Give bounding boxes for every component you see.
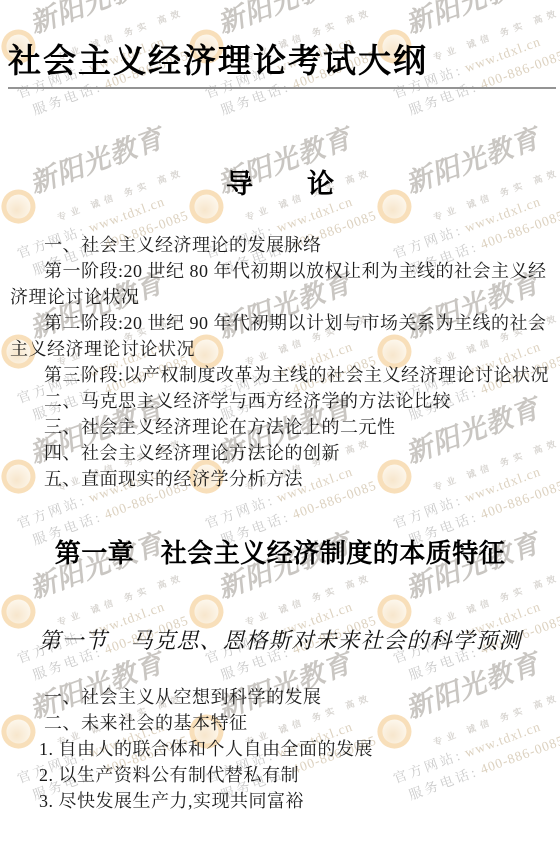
document-content: 社会主义经济理论考试大纲 导 论 一、社会主义经济理论的发展脉络第一阶段:20 … bbox=[0, 0, 560, 852]
intro-heading: 导 论 bbox=[0, 162, 560, 201]
outline-line: 三、社会主义经济理论在方法论上的二元性 bbox=[10, 414, 554, 440]
outline-line: 四、社会主义经济理论方法论的创新 bbox=[10, 440, 554, 466]
outline-line: 二、马克思主义经济学与西方经济学的方法论比较 bbox=[10, 388, 554, 414]
document-page: 新阳光教育 专业 诚信 务实 高效 官方网站: www.tdxl.cn 服务电话… bbox=[0, 0, 560, 852]
section-1-heading: 第一节 马克思、恩格斯对未来社会的科学预测 bbox=[0, 624, 560, 655]
outline-line: 2. 以生产资料公有制代替私有制 bbox=[10, 762, 554, 788]
outline-line: 二、未来社会的基本特征 bbox=[10, 710, 554, 736]
outline-line: 1. 自由人的联合体和个人自由全面的发展 bbox=[10, 736, 554, 762]
outline-line: 第二阶段:20 世纪 90 年代初期以计划与市场关系为主线的社会 bbox=[10, 310, 554, 336]
outline-line: 第三阶段:以产权制度改革为主线的社会主义经济理论讨论状况 bbox=[10, 362, 554, 388]
chapter-1-heading: 第一章 社会主义经济制度的本质特征 bbox=[0, 533, 560, 570]
outline-line: 五、直面现实的经济学分析方法 bbox=[10, 466, 554, 492]
outline-line: 一、社会主义经济理论的发展脉络 bbox=[10, 232, 554, 258]
outline-line: 主义经济理论讨论状况 bbox=[10, 336, 554, 362]
outline-line: 济理论讨论状况 bbox=[10, 284, 554, 310]
section-outline-list: 一、社会主义从空想到科学的发展二、未来社会的基本特征1. 自由人的联合体和个人自… bbox=[10, 684, 554, 814]
intro-outline-list: 一、社会主义经济理论的发展脉络第一阶段:20 世纪 80 年代初期以放权让利为主… bbox=[10, 232, 554, 492]
title-divider bbox=[8, 87, 556, 89]
outline-line: 3. 尽快发展生产力,实现共同富裕 bbox=[10, 788, 554, 814]
page-title: 社会主义经济理论考试大纲 bbox=[8, 42, 428, 80]
outline-line: 第一阶段:20 世纪 80 年代初期以放权让利为主线的社会主义经 bbox=[10, 258, 554, 284]
outline-line: 一、社会主义从空想到科学的发展 bbox=[10, 684, 554, 710]
